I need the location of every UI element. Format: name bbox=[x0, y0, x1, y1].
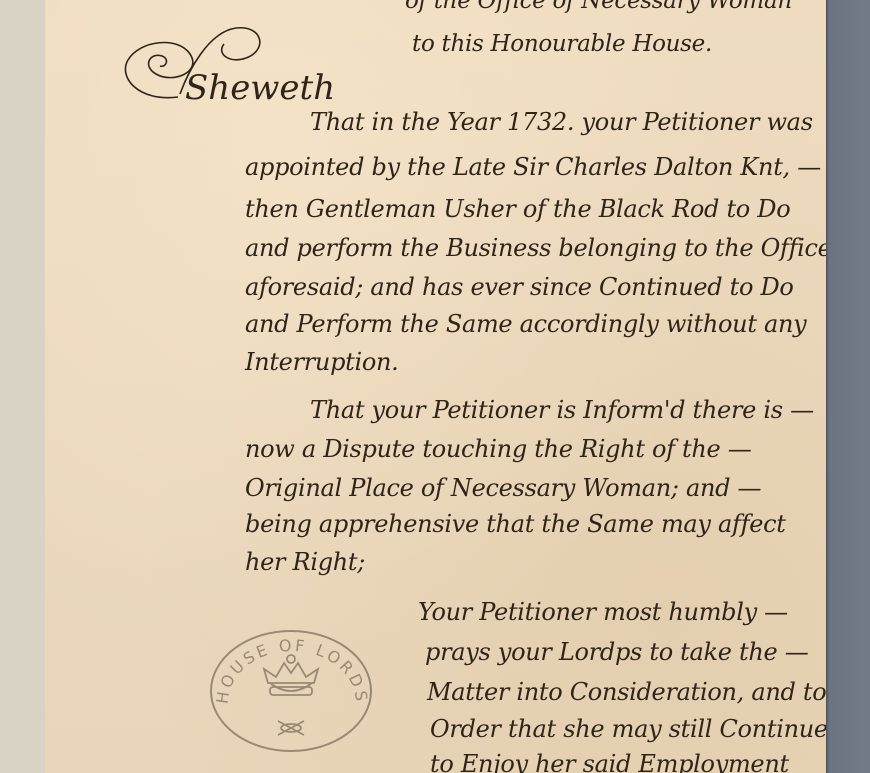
header-line-1: of the Office of Necessary Woman bbox=[405, 0, 792, 13]
para1-line-2: appointed by the Late Sir Charles Dalton… bbox=[245, 155, 821, 179]
prayer-line-2: prays your Lordps to take the — bbox=[425, 640, 808, 664]
crown-icon bbox=[264, 655, 318, 735]
para1-line-6: and Perform the Same accordingly without… bbox=[245, 312, 806, 336]
prayer-line-5: to Enjoy her said Employment bbox=[430, 752, 789, 773]
para2-line-5: her Right; bbox=[245, 550, 365, 574]
para1-line-3: then Gentleman Usher of the Black Rod to… bbox=[245, 197, 790, 221]
para1-line-5: aforesaid; and has ever since Continued … bbox=[245, 275, 794, 299]
para1-line-1: That in the Year 1732. your Petitioner w… bbox=[310, 110, 813, 134]
left-mount-border bbox=[0, 0, 45, 773]
right-mount-border bbox=[826, 0, 870, 773]
para2-line-3: Original Place of Necessary Woman; and — bbox=[245, 476, 761, 500]
prayer-line-1: Your Petitioner most humbly — bbox=[418, 600, 788, 624]
para2-line-1: That your Petitioner is Inform'd there i… bbox=[310, 398, 814, 422]
para1-line-4: and perform the Business belonging to th… bbox=[245, 236, 832, 260]
para1-line-7: Interruption. bbox=[245, 350, 399, 374]
prayer-line-3: Matter into Consideration, and to bbox=[427, 680, 826, 704]
heading-sheweth: Sheweth bbox=[185, 68, 335, 108]
house-of-lords-stamp: HOUSE OF LORDS bbox=[206, 625, 376, 755]
prayer-line-4: Order that she may still Continue bbox=[430, 717, 828, 741]
para2-line-4: being apprehensive that the Same may aff… bbox=[245, 512, 786, 536]
para2-line-2: now a Dispute touching the Right of the … bbox=[245, 437, 752, 461]
header-line-2: to this Honourable House. bbox=[412, 33, 712, 56]
parchment-page: of the Office of Necessary Woman to this… bbox=[45, 0, 826, 773]
